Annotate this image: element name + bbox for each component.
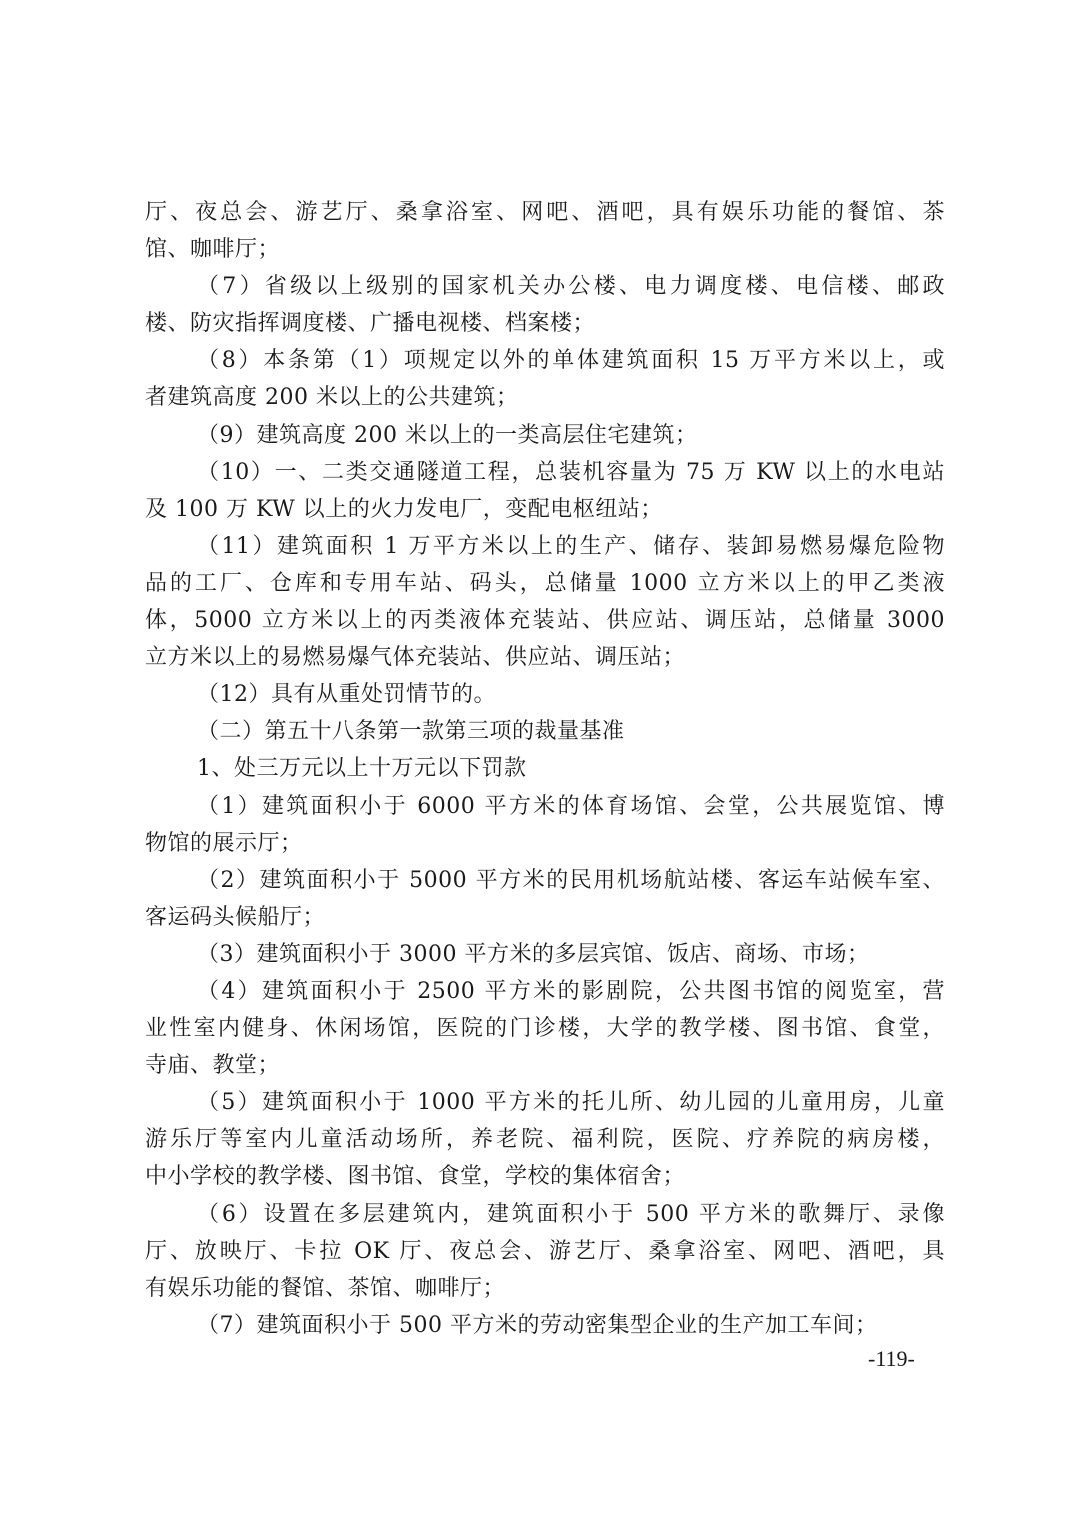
text-line: （7）建筑面积小于 500 平方米的劳动密集型企业的生产加工车间； <box>145 1307 945 1344</box>
text-line: 及 100 万 KW 以上的火力发电厂，变配电枢纽站； <box>145 491 945 528</box>
text-line: （9）建筑高度 200 米以上的一类高层住宅建筑； <box>145 417 945 454</box>
text-line: 者建筑高度 200 米以上的公共建筑； <box>145 379 945 416</box>
text-line: （10）一、二类交通隧道工程，总装机容量为 75 万 KW 以上的水电站 <box>145 454 945 491</box>
text-line: （5）建筑面积小于 1000 平方米的托儿所、幼儿园的儿童用房，儿童 <box>145 1084 945 1121</box>
text-line: 体，5000 立方米以上的丙类液体充装站、供应站、调压站，总储量 3000 <box>145 602 945 639</box>
text-line: （1）建筑面积小于 6000 平方米的体育场馆、会堂，公共展览馆、博 <box>145 788 945 825</box>
text-line: 中小学校的教学楼、图书馆、食堂，学校的集体宿舍； <box>145 1158 945 1195</box>
text-line: 游乐厅等室内儿童活动场所，养老院、福利院，医院、疗养院的病房楼， <box>145 1121 945 1158</box>
document-page: 厅、夜总会、游艺厅、桑拿浴室、网吧、酒吧，具有娱乐功能的餐馆、茶馆、咖啡厅；（7… <box>0 0 1075 1520</box>
text-line: （3）建筑面积小于 3000 平方米的多层宾馆、饭店、商场、市场； <box>145 936 945 973</box>
text-line: 品的工厂、仓库和专用车站、码头，总储量 1000 立方米以上的甲乙类液 <box>145 565 945 602</box>
text-line: （2）建筑面积小于 5000 平方米的民用机场航站楼、客运车站候车室、 <box>145 862 945 899</box>
text-line: （8）本条第（1）项规定以外的单体建筑面积 15 万平方米以上，或 <box>145 342 945 379</box>
text-line: 物馆的展示厅； <box>145 825 945 862</box>
page-number: -119- <box>868 1346 915 1372</box>
text-line: （12）具有从重处罚情节的。 <box>145 676 945 713</box>
text-line: （6）设置在多层建筑内，建筑面积小于 500 平方米的歌舞厅、录像 <box>145 1196 945 1233</box>
text-line: （7）省级以上级别的国家机关办公楼、电力调度楼、电信楼、邮政 <box>145 268 945 305</box>
document-body: 厅、夜总会、游艺厅、桑拿浴室、网吧、酒吧，具有娱乐功能的餐馆、茶馆、咖啡厅；（7… <box>145 194 945 1344</box>
text-line: （4）建筑面积小于 2500 平方米的影剧院，公共图书馆的阅览室，营 <box>145 973 945 1010</box>
text-line: 有娱乐功能的餐馆、茶馆、咖啡厅； <box>145 1270 945 1307</box>
text-line: 楼、防灾指挥调度楼、广播电视楼、档案楼； <box>145 305 945 342</box>
text-line: 客运码头候船厅； <box>145 899 945 936</box>
text-line: 厅、夜总会、游艺厅、桑拿浴室、网吧、酒吧，具有娱乐功能的餐馆、茶 <box>145 194 945 231</box>
text-line: 寺庙、教堂； <box>145 1047 945 1084</box>
text-line: 业性室内健身、休闲场馆，医院的门诊楼，大学的教学楼、图书馆、食堂， <box>145 1010 945 1047</box>
text-line: 立方米以上的易燃易爆气体充装站、供应站、调压站； <box>145 639 945 676</box>
text-line: 馆、咖啡厅； <box>145 231 945 268</box>
text-line: 厅、放映厅、卡拉 OK 厅、夜总会、游艺厅、桑拿浴室、网吧、酒吧，具 <box>145 1233 945 1270</box>
text-line: （二）第五十八条第一款第三项的裁量基准 <box>145 713 945 750</box>
text-line: 1、处三万元以上十万元以下罚款 <box>145 750 945 787</box>
text-line: （11）建筑面积 1 万平方米以上的生产、储存、装卸易燃易爆危险物 <box>145 528 945 565</box>
